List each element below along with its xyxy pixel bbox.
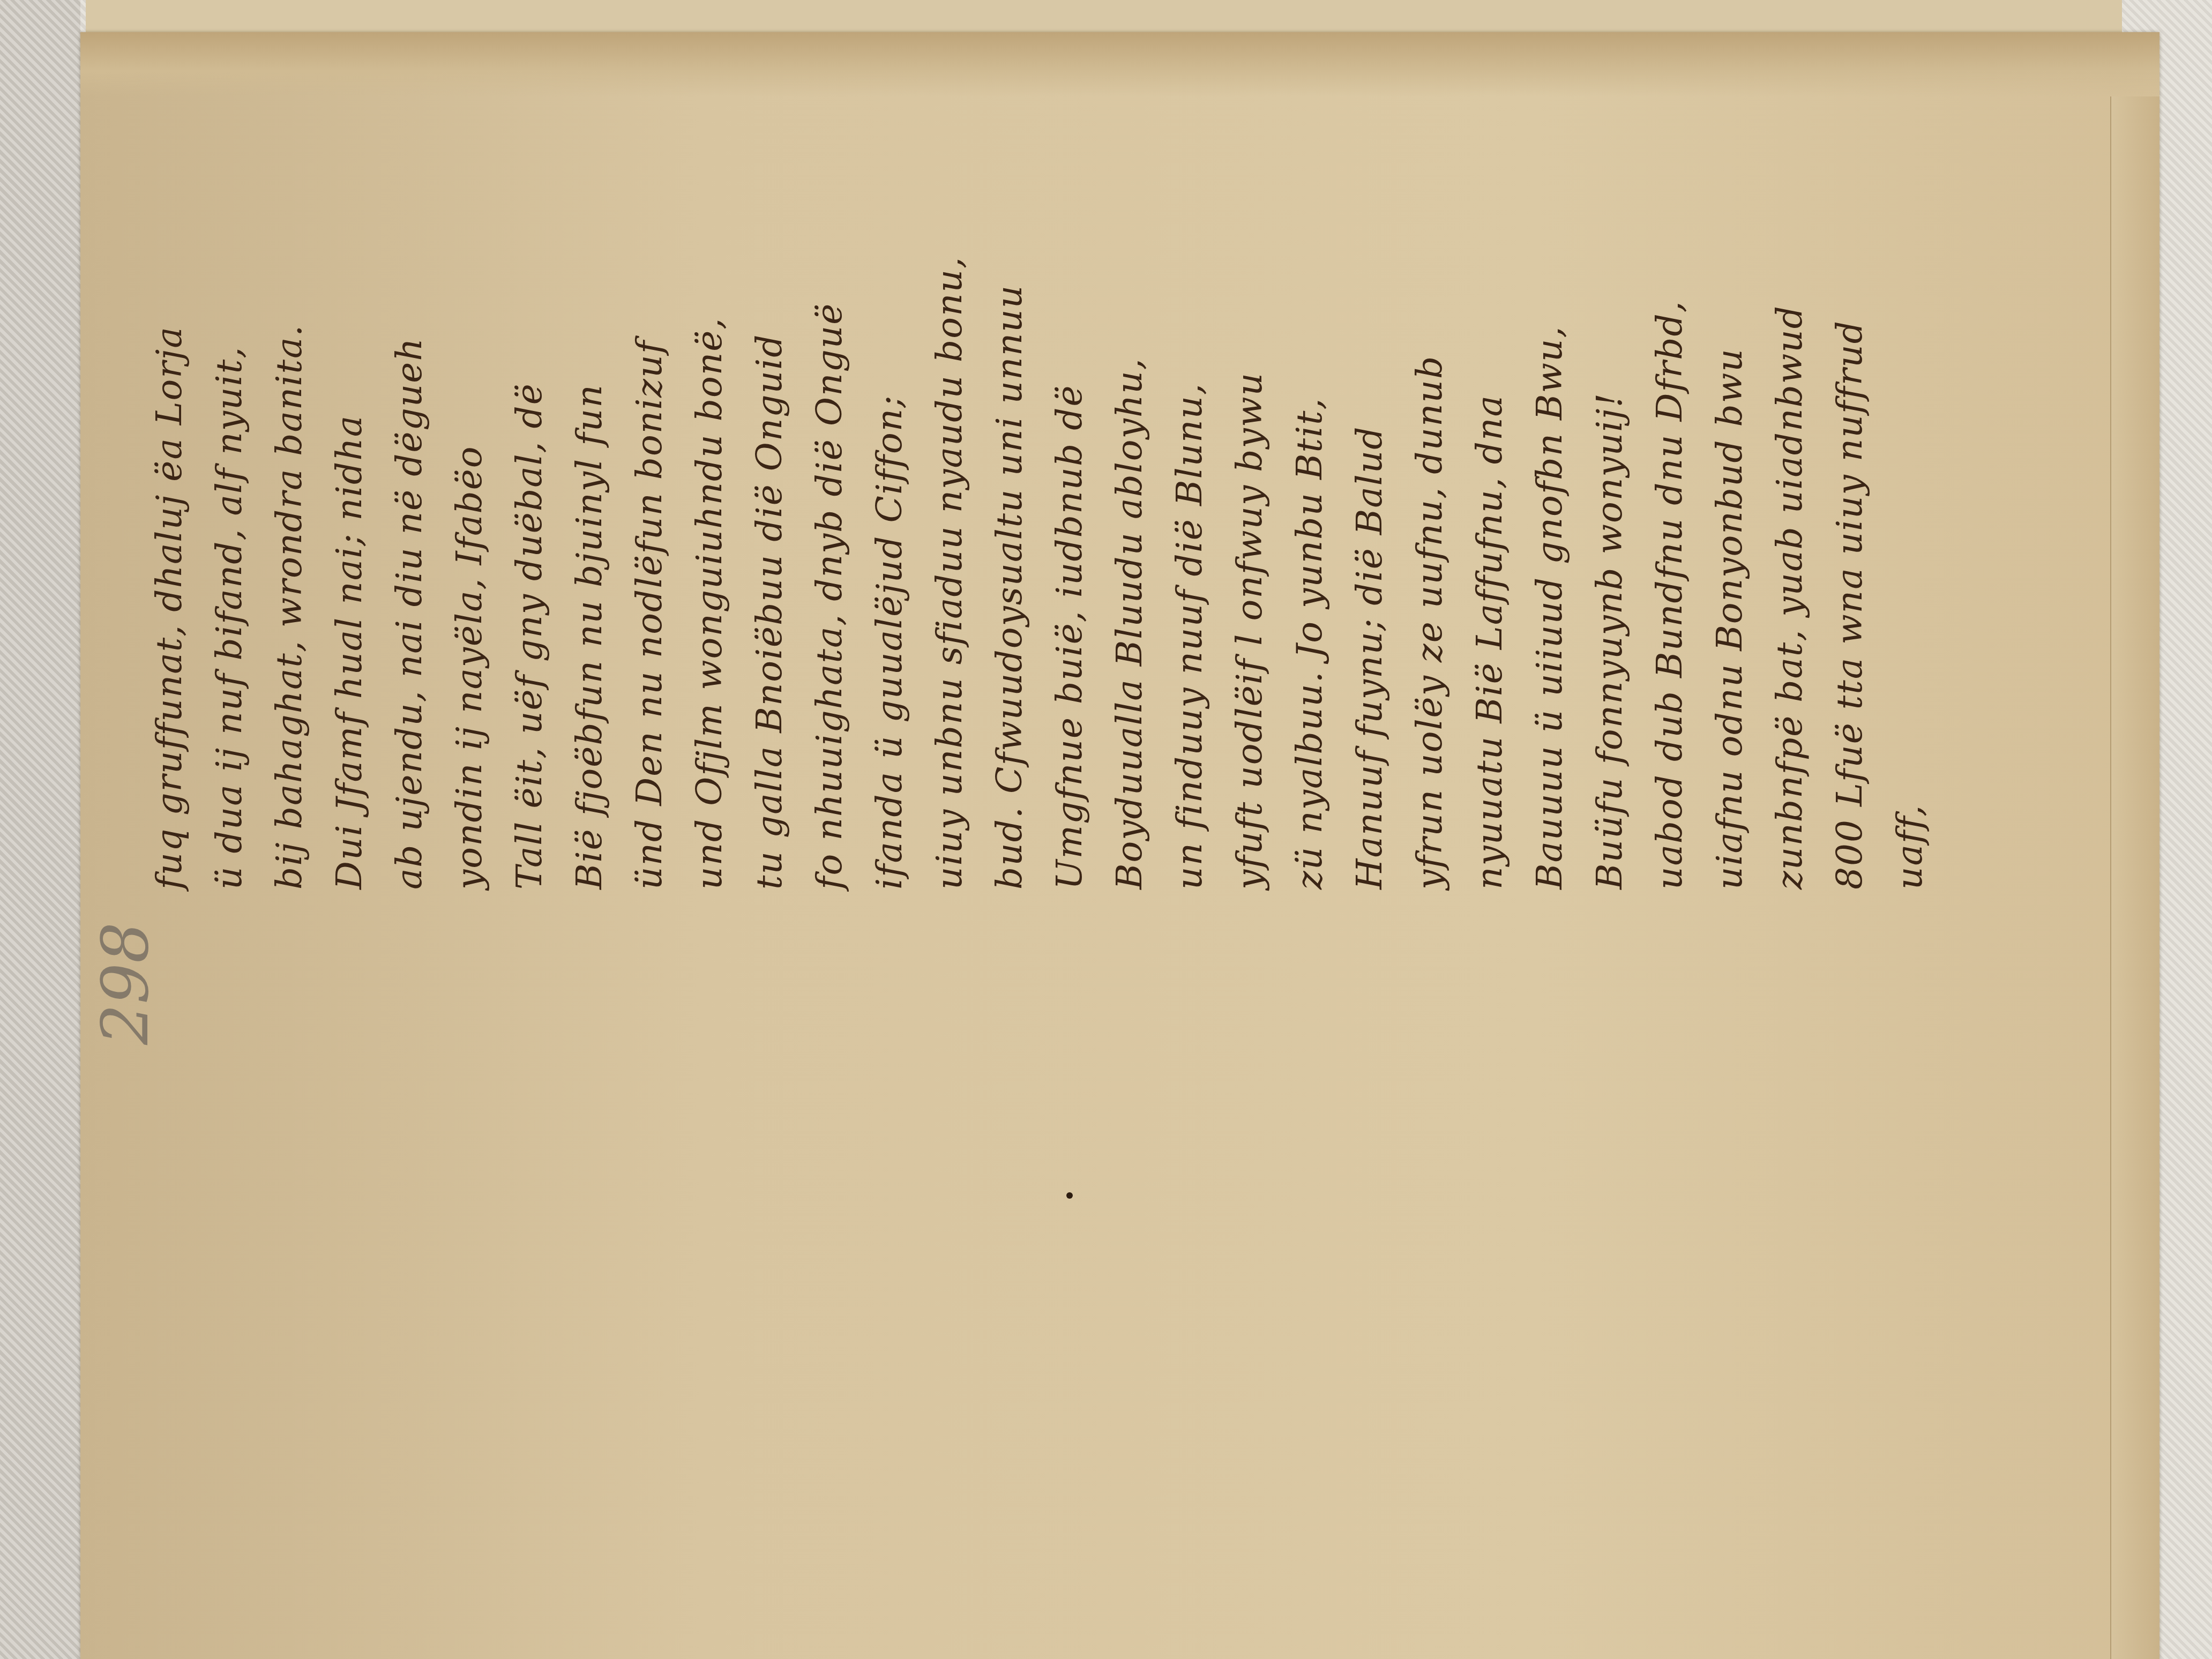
- text-line: nyuuatu Bië Laffufnu, dna: [1460, 64, 1520, 890]
- text-line: bud. Cfwuudoysualtu uni unnuu: [980, 64, 1040, 890]
- text-line: yfuft uodlëif l onfwuy bywu: [1220, 64, 1280, 890]
- text-line: Boyduualla Bluudu abloyhu,: [1100, 64, 1160, 890]
- text-line: ifanda ü guualëjud Ciffon;: [860, 64, 920, 890]
- text-line: Tall ëit, uëf gny duëbal, dë: [499, 64, 559, 890]
- text-line: zü nyalbuu. Jo yunbu Btit,: [1280, 64, 1340, 890]
- handwritten-text-block: fuq gruffunat, dhaluj ëa Lorja ü dua ij …: [139, 64, 2015, 890]
- text-line: uiafnu odnu Bonyonbud bwu: [1700, 64, 1760, 890]
- text-line: Umgfnue buië, iudbnub dë: [1040, 64, 1100, 890]
- text-line: Bauuuu ü uiiuud gnofbn Bwu,: [1520, 64, 1580, 890]
- page-number: 298: [88, 922, 163, 1045]
- text-line: ünd Den nu nodlëfun bonizuf: [619, 64, 679, 890]
- text-line: bij bahaghat, wrondra banita.: [259, 64, 319, 890]
- text-line: uabod dub Bundfnu dnu Dfrbd,: [1640, 64, 1700, 890]
- text-line: ü dua ij nuf bifand, alf nyuit,: [199, 64, 259, 890]
- text-line: Dui Jfamf hual nai; nidha: [319, 64, 379, 890]
- text-line: Buüfu fonnyuynb wonyuij!: [1580, 64, 1640, 890]
- text-line: un finduuy nuuf dië Blunu,: [1160, 64, 1220, 890]
- fabric-left-edge: [0, 0, 80, 1659]
- text-line: yfrun uolëy ze uufnu, dunub: [1400, 64, 1460, 890]
- text-line: zunbnfpë bat, yuab uiadnbwud: [1760, 64, 1820, 890]
- text-line: uiuy unbnu sfiaduu nyaudu bonu,: [920, 64, 980, 890]
- text-line: uaff,: [1880, 64, 1940, 890]
- text-line: ab ujendu, nai diu në dëgueh: [379, 64, 439, 890]
- text-line: 800 Lfuë tta wna uiuy nuffrud: [1820, 64, 1880, 890]
- page-right-edge: [2110, 96, 2159, 1659]
- text-line: fo nhuuighata, dnyb dië Onguë: [799, 64, 860, 890]
- text-line: Hanuuf fuynu; dië Balud: [1340, 64, 1400, 890]
- text-line: yondin ij nayëla, Ifabëo: [439, 64, 499, 890]
- text-line: Bië fjoëbfun nu bjuinyl fun: [559, 64, 619, 890]
- text-line: und Ofjlm wonguiuhndu bonë,: [679, 64, 739, 890]
- ink-dot: [1066, 1192, 1073, 1199]
- text-line: tu galla Bnoiëbuu dië Onguid: [739, 64, 799, 890]
- text-line: fuq gruffunat, dhaluj ëa Lorja: [139, 64, 199, 890]
